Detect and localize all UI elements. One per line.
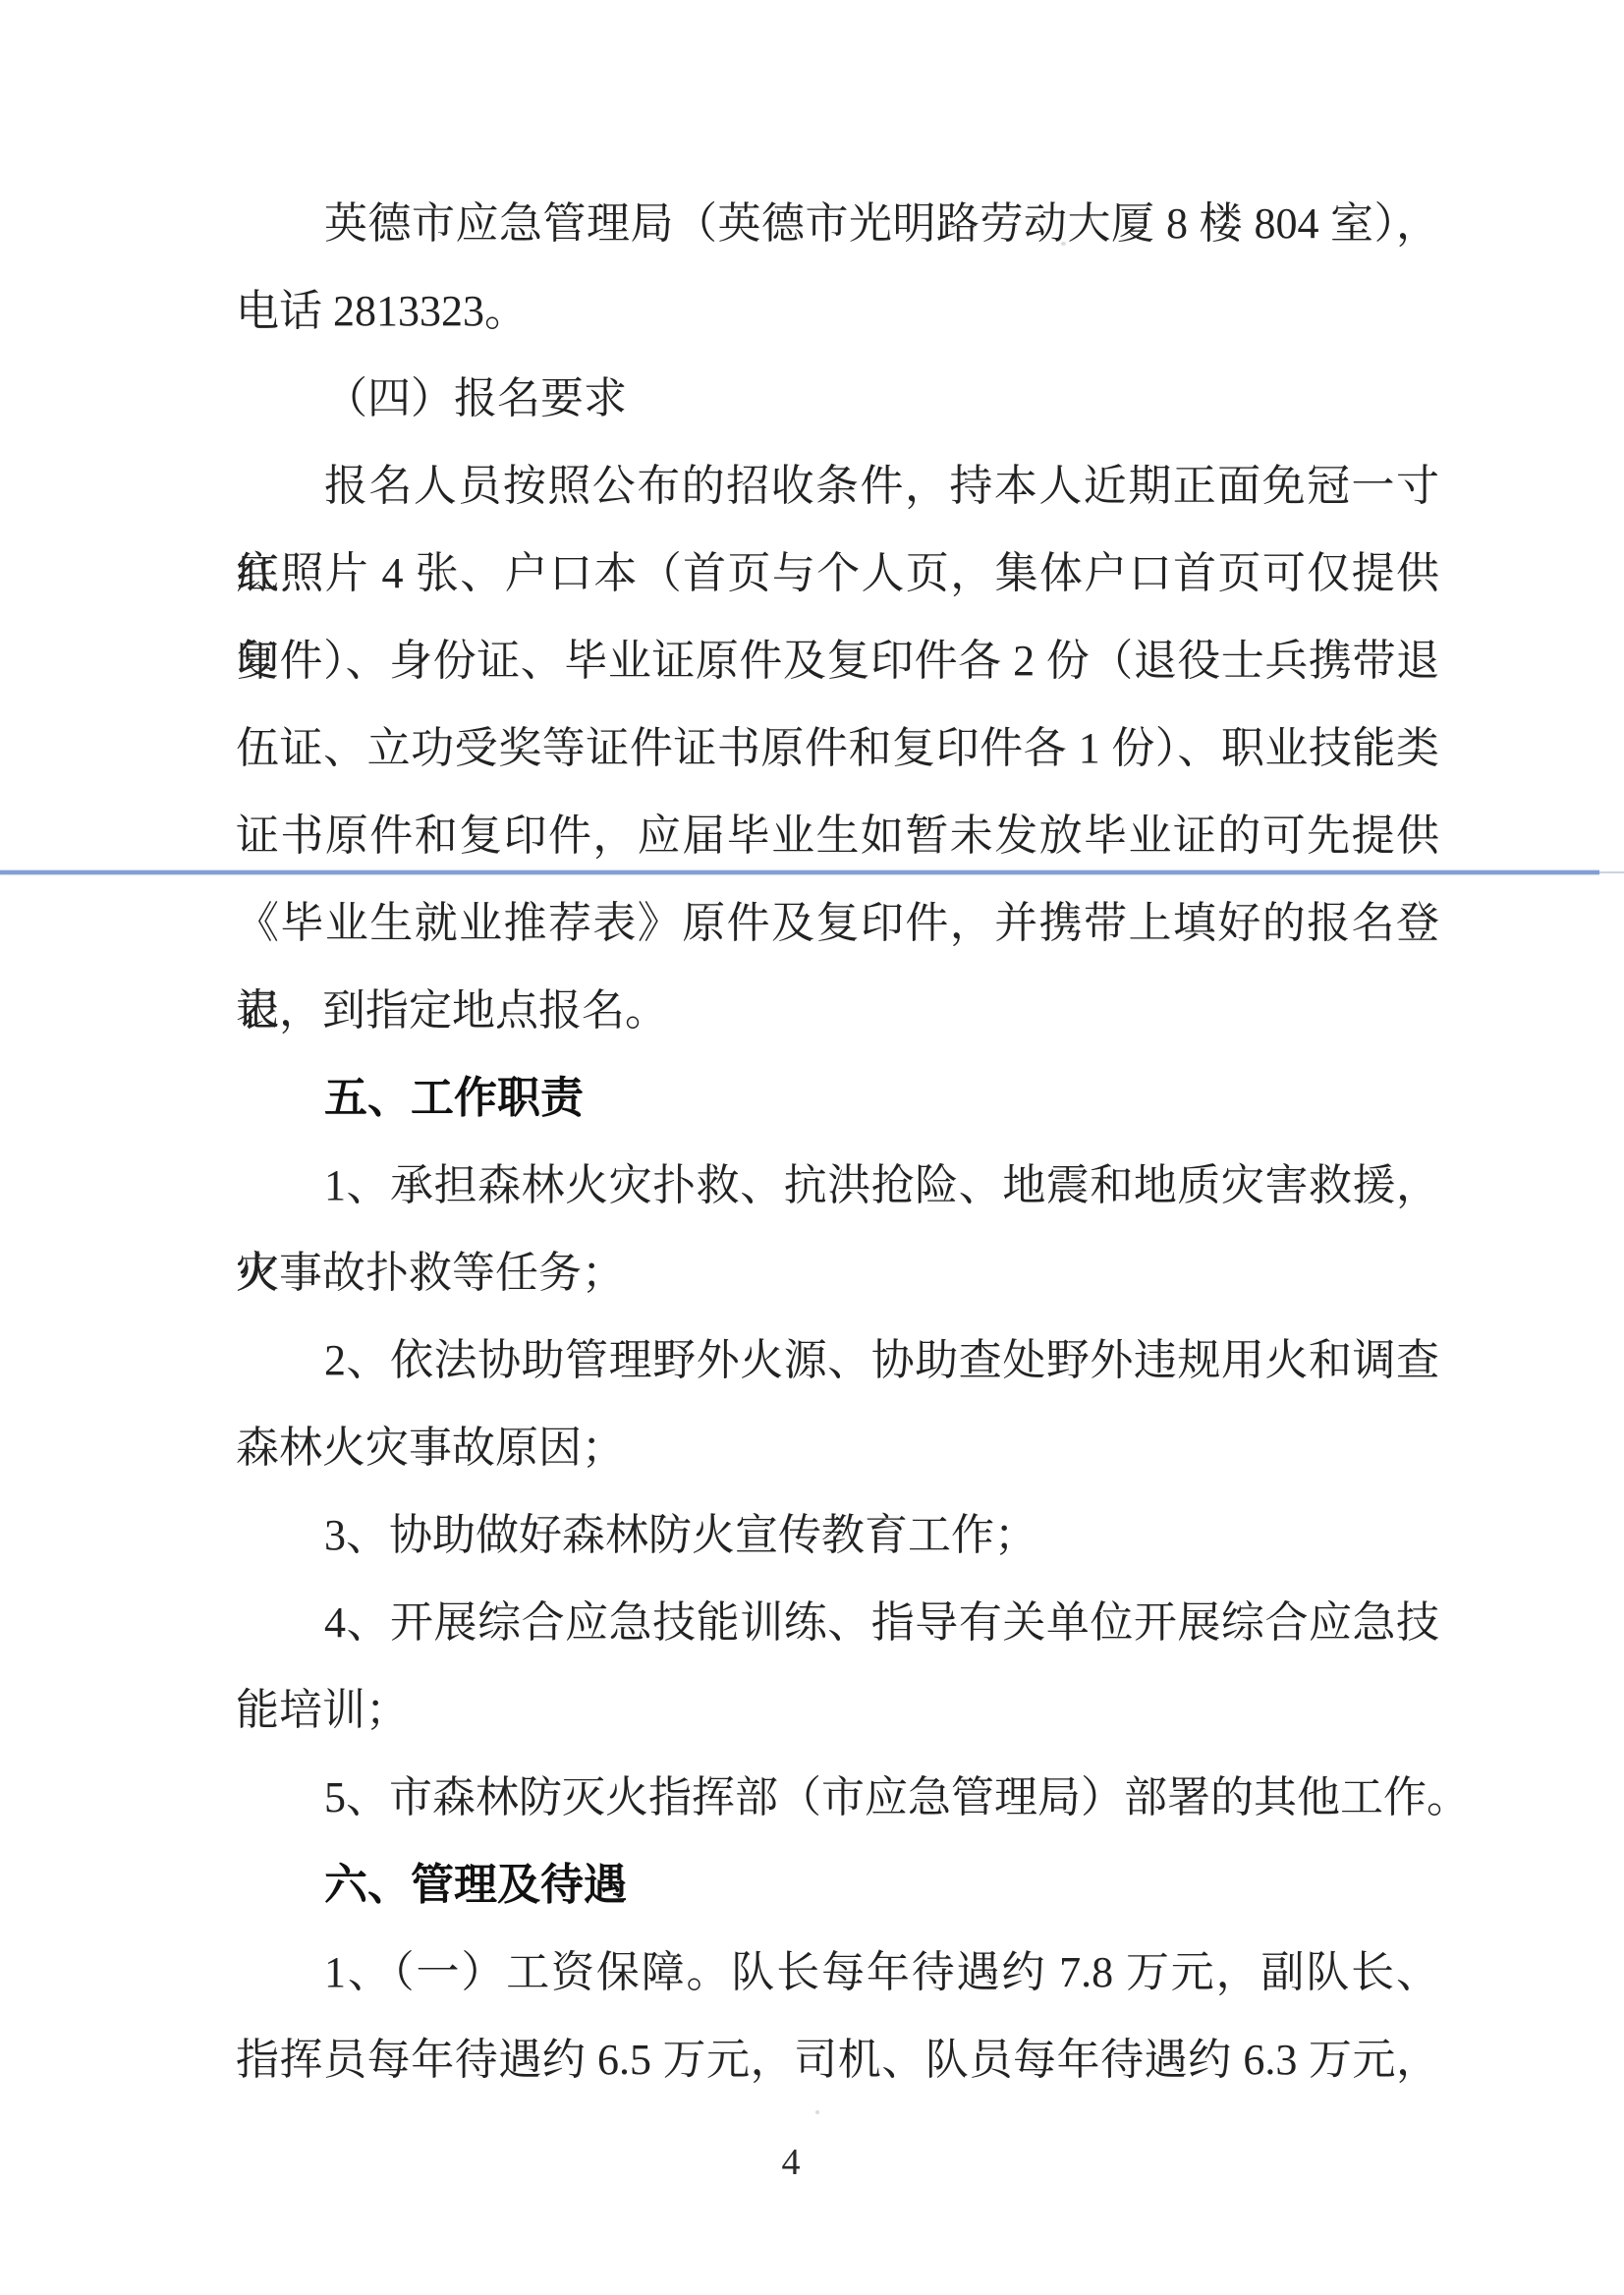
text-line: （四）报名要求 <box>236 355 1439 442</box>
text-line: 4、开展综合应急技能训练、指导有关单位开展综合应急技 <box>236 1579 1439 1666</box>
text-line: 3、协助做好森林防火宣传教育工作； <box>236 1491 1439 1579</box>
text-line: 电话 2813323。 <box>236 267 1439 355</box>
text-line: 5、市森林防灭火指挥部（市应急管理局）部署的其他工作。 <box>236 1754 1439 1841</box>
text-line: 《毕业生就业推荐表》原件及复印件，并携带上填好的报名登记 <box>236 879 1439 967</box>
text-line: 1、（一）工资保障。队长每年待遇约 7.8 万元，副队长、 <box>236 1929 1439 2016</box>
text-line: 指挥员每年待遇约 6.5 万元，司机、队员每年待遇约 6.3 万元， <box>236 2016 1439 2103</box>
text-line: 灾事故扑救等任务； <box>236 1229 1439 1316</box>
text-line: 能培训； <box>236 1666 1439 1754</box>
text-line: 森林火灾事故原因； <box>236 1404 1439 1491</box>
text-block: 英德市应急管理局（英德市光明路劳动大厦 8 楼 804 室），电话 281332… <box>236 180 1439 2103</box>
page-number: 4 <box>0 2142 1582 2183</box>
document-page: 英德市应急管理局（英德市光明路劳动大厦 8 楼 804 室），电话 281332… <box>0 0 1624 2295</box>
text-line: 底照片 4 张、户口本（首页与个人页，集体户口首页可仅提供复 <box>236 530 1439 617</box>
text-line: 六、管理及待遇 <box>236 1841 1439 1929</box>
text-line: 印件）、身份证、毕业证原件及复印件各 2 份（退役士兵携带退 <box>236 617 1439 704</box>
text-line: 证书原件和复印件，应届毕业生如暂未发放毕业证的可先提供 <box>236 792 1439 879</box>
scan-noise-speck <box>1061 242 1066 246</box>
text-line: 伍证、立功受奖等证件证书原件和复印件各 1 份）、职业技能类 <box>236 704 1439 792</box>
scan-artifact-line-tail <box>1599 871 1624 873</box>
text-line: 1、承担森林火灾扑救、抗洪抢险、地震和地质灾害救援，火 <box>236 1142 1439 1229</box>
text-line: 表，到指定地点报名。 <box>236 967 1439 1054</box>
text-line: 报名人员按照公布的招收条件，持本人近期正面免冠一寸红 <box>236 442 1439 530</box>
text-line: 英德市应急管理局（英德市光明路劳动大厦 8 楼 804 室）， <box>236 180 1439 267</box>
text-line: 五、工作职责 <box>236 1054 1439 1142</box>
horizontal-scan-artifact-line <box>0 870 1599 874</box>
text-line: 2、依法协助管理野外火源、协助查处野外违规用火和调查 <box>236 1316 1439 1404</box>
scan-noise-speck <box>815 2110 819 2114</box>
